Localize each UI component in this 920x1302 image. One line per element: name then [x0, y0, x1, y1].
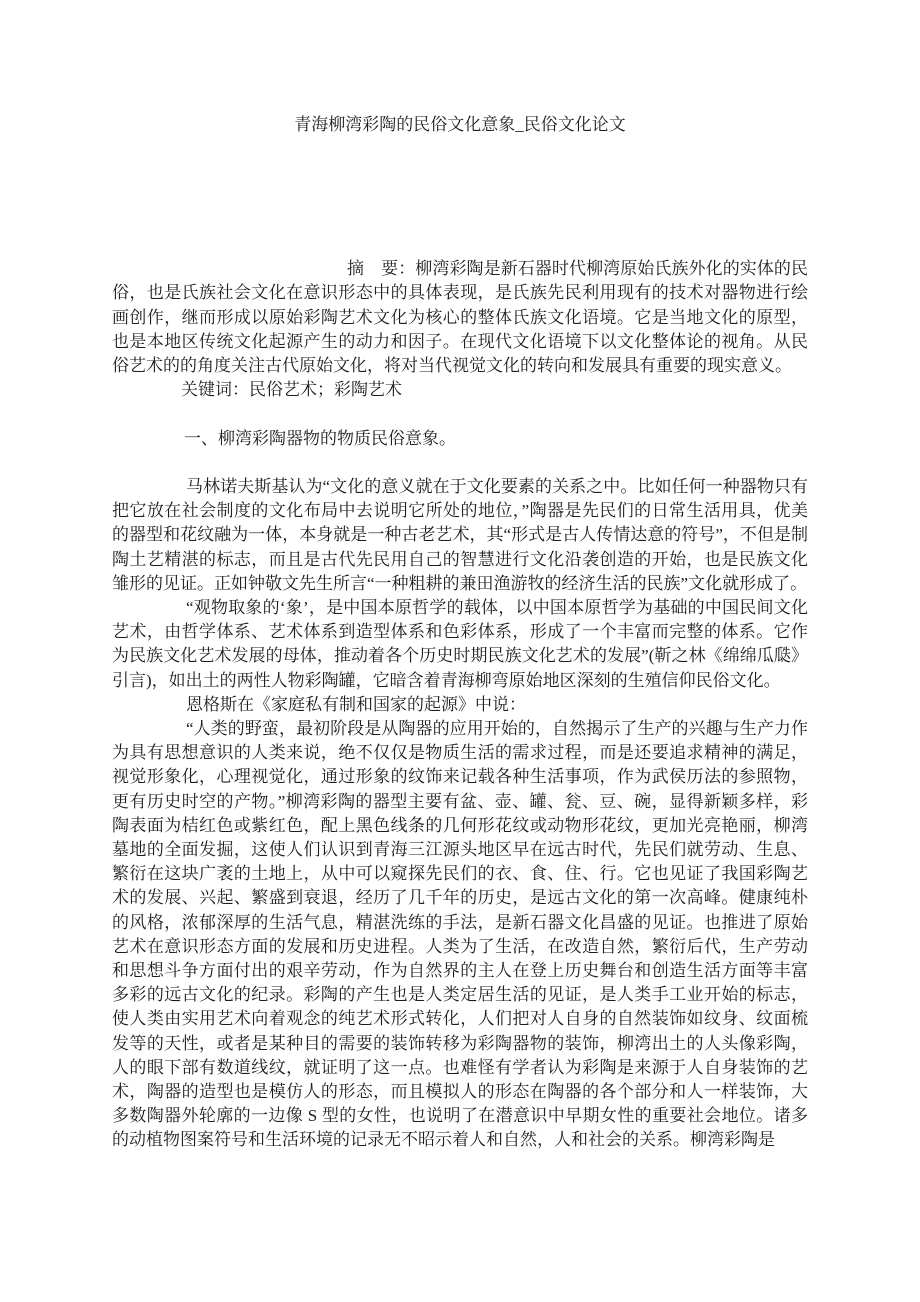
body-paragraph: “人类的野蛮，最初阶段是从陶器的应用开始的，自然揭示了生产的兴趣与生产力作为具有… [112, 717, 808, 1153]
section-heading: 一、柳湾彩陶器物的物质民俗意象。 [112, 427, 808, 451]
body-paragraph: 马林诺夫斯基认为“文化的意义就在于文化要素的关系之中。比如任何一种器物只有把它放… [112, 475, 808, 596]
keywords-line: 关键词：民俗艺术；彩陶艺术 [112, 378, 808, 402]
body-paragraph: 恩格斯在《家庭私有制和国家的起源》中说： [112, 693, 808, 717]
document-page: 青海柳湾彩陶的民俗文化意象_民俗文化论文 摘 要：柳湾彩陶是新石器时代柳湾原始氏… [0, 0, 920, 1302]
abstract-paragraph: 摘 要：柳湾彩陶是新石器时代柳湾原始氏族外化的实体的民俗，也是氏族社会文化在意识… [112, 257, 808, 378]
body-paragraph: “观物取象的‘象’，是中国本原哲学的载体，以中国本原哲学为基础的中国民间文化艺术… [112, 596, 808, 693]
document-title: 青海柳湾彩陶的民俗文化意象_民俗文化论文 [112, 113, 808, 137]
